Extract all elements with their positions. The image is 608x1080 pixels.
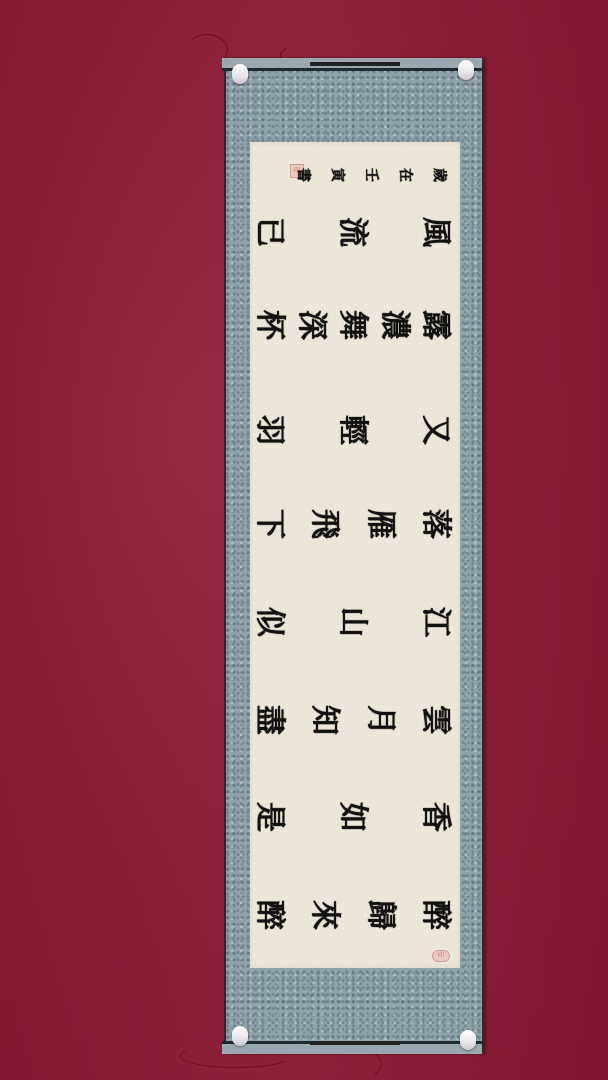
- calligraphy-char: 已: [254, 217, 284, 247]
- calligraphy-column: 雲 月 知 盡: [254, 690, 450, 750]
- calligraphy-column: 落 雁 飛 下: [254, 494, 450, 554]
- calligraphy-column: 醉 歸 來 醉: [254, 890, 450, 940]
- calligraphy-char: 羽: [254, 415, 284, 445]
- calligraphy-char: 濃: [379, 310, 409, 340]
- calligraphy-char: 深: [296, 310, 326, 340]
- calligraphy-char: 是: [254, 802, 284, 832]
- calligraphy-char: 又: [420, 415, 450, 445]
- inscription-char: 歲: [432, 168, 446, 182]
- calligraphy-char: 江: [420, 607, 450, 637]
- calligraphy-char: 風: [420, 217, 450, 247]
- hanging-scroll: 印 印 歲 在 壬 寅 書 風 流 已 露 濃 舞 深 杯 又 輕 羽 落 雁: [224, 58, 484, 1054]
- calligraphy-char: 似: [254, 607, 284, 637]
- scroll-bottom-rod: [222, 1041, 482, 1054]
- calligraphy-char: 如: [337, 802, 367, 832]
- seal-stamp-bottom: 印: [432, 950, 450, 962]
- inscription-char: 書: [296, 168, 310, 182]
- inscription-char: 寅: [330, 168, 344, 182]
- calligraphy-column: 露 濃 舞 深 杯: [254, 300, 450, 350]
- calligraphy-char: 月: [365, 705, 395, 735]
- rod-cap: [310, 1041, 400, 1045]
- calligraphy-char: 流: [337, 217, 367, 247]
- inscription-char: 壬: [364, 168, 378, 182]
- calligraphy-char: 醉: [254, 900, 284, 930]
- push-pin-icon: [458, 60, 474, 80]
- inscription-line: 歲 在 壬 寅 書: [296, 160, 446, 190]
- calligraphy-column: 風 流 已: [254, 202, 450, 262]
- calligraphy-char: 雁: [365, 509, 395, 539]
- calligraphy-char: 來: [309, 900, 339, 930]
- calligraphy-char: 知: [309, 705, 339, 735]
- calligraphy-char: 杯: [254, 310, 284, 340]
- calligraphy-char: 香: [420, 802, 450, 832]
- calligraphy-char: 雲: [420, 705, 450, 735]
- inscription-char: 在: [398, 168, 412, 182]
- calligraphy-column: 江 山 似: [254, 592, 450, 652]
- rod-cap: [310, 62, 400, 66]
- push-pin-icon: [232, 1026, 248, 1046]
- calligraphy-paper: 印 印 歲 在 壬 寅 書 風 流 已 露 濃 舞 深 杯 又 輕 羽 落 雁: [250, 142, 460, 968]
- calligraphy-char: 輕: [337, 415, 367, 445]
- calligraphy-char: 露: [420, 310, 450, 340]
- calligraphy-column: 又 輕 羽: [254, 400, 450, 460]
- calligraphy-char: 落: [420, 509, 450, 539]
- calligraphy-char: 下: [254, 509, 284, 539]
- calligraphy-char: 飛: [309, 509, 339, 539]
- push-pin-icon: [232, 64, 248, 84]
- push-pin-icon: [460, 1030, 476, 1050]
- calligraphy-char: 盡: [254, 705, 284, 735]
- calligraphy-char: 醉: [420, 900, 450, 930]
- calligraphy-char: 歸: [365, 900, 395, 930]
- scroll-top-rod: [222, 58, 482, 71]
- calligraphy-char: 舞: [337, 310, 367, 340]
- calligraphy-char: 山: [337, 607, 367, 637]
- calligraphy-column: 香 如 是: [254, 792, 450, 842]
